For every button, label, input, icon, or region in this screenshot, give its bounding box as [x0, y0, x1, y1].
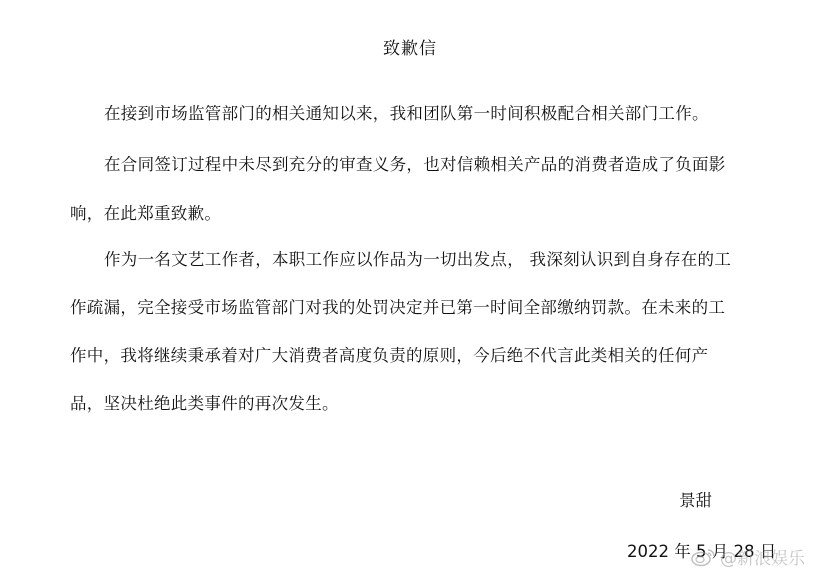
letter-title: 致歉信: [0, 34, 820, 59]
paragraph-2-line-2: 响，在此郑重致歉。: [70, 200, 221, 224]
paragraph-3-line-1: 作为一名文艺工作者，本职工作应以作品为一切出发点， 我深刻认识到自身存在的工: [104, 246, 731, 270]
paragraph-1-line-1: 在接到市场监管部门的相关通知以来，我和团队第一时间积极配合相关部门工作。: [104, 100, 709, 124]
signature: 景甜: [679, 487, 712, 511]
paragraph-3-line-2: 作疏漏，完全接受市场监管部门对我的处罚决定并已第一时间全部缴纳罚款。在未来的工: [70, 294, 725, 318]
paragraph-3-line-3: 作中，我将继续秉承着对广大消费者高度负责的原则，今后绝不代言此类相关的任何产: [70, 342, 708, 366]
paragraph-3-line-4: 品，坚决杜绝此类事件的再次发生。: [70, 390, 339, 414]
weibo-logo-icon: [690, 547, 716, 567]
paragraph-2-line-1: 在合同签订过程中未尽到充分的审查义务，也对信赖相关产品的消费者造成了负面影: [104, 151, 726, 175]
watermark-text: @新浪娱乐: [720, 544, 805, 569]
weibo-watermark: @新浪娱乐: [690, 544, 805, 569]
